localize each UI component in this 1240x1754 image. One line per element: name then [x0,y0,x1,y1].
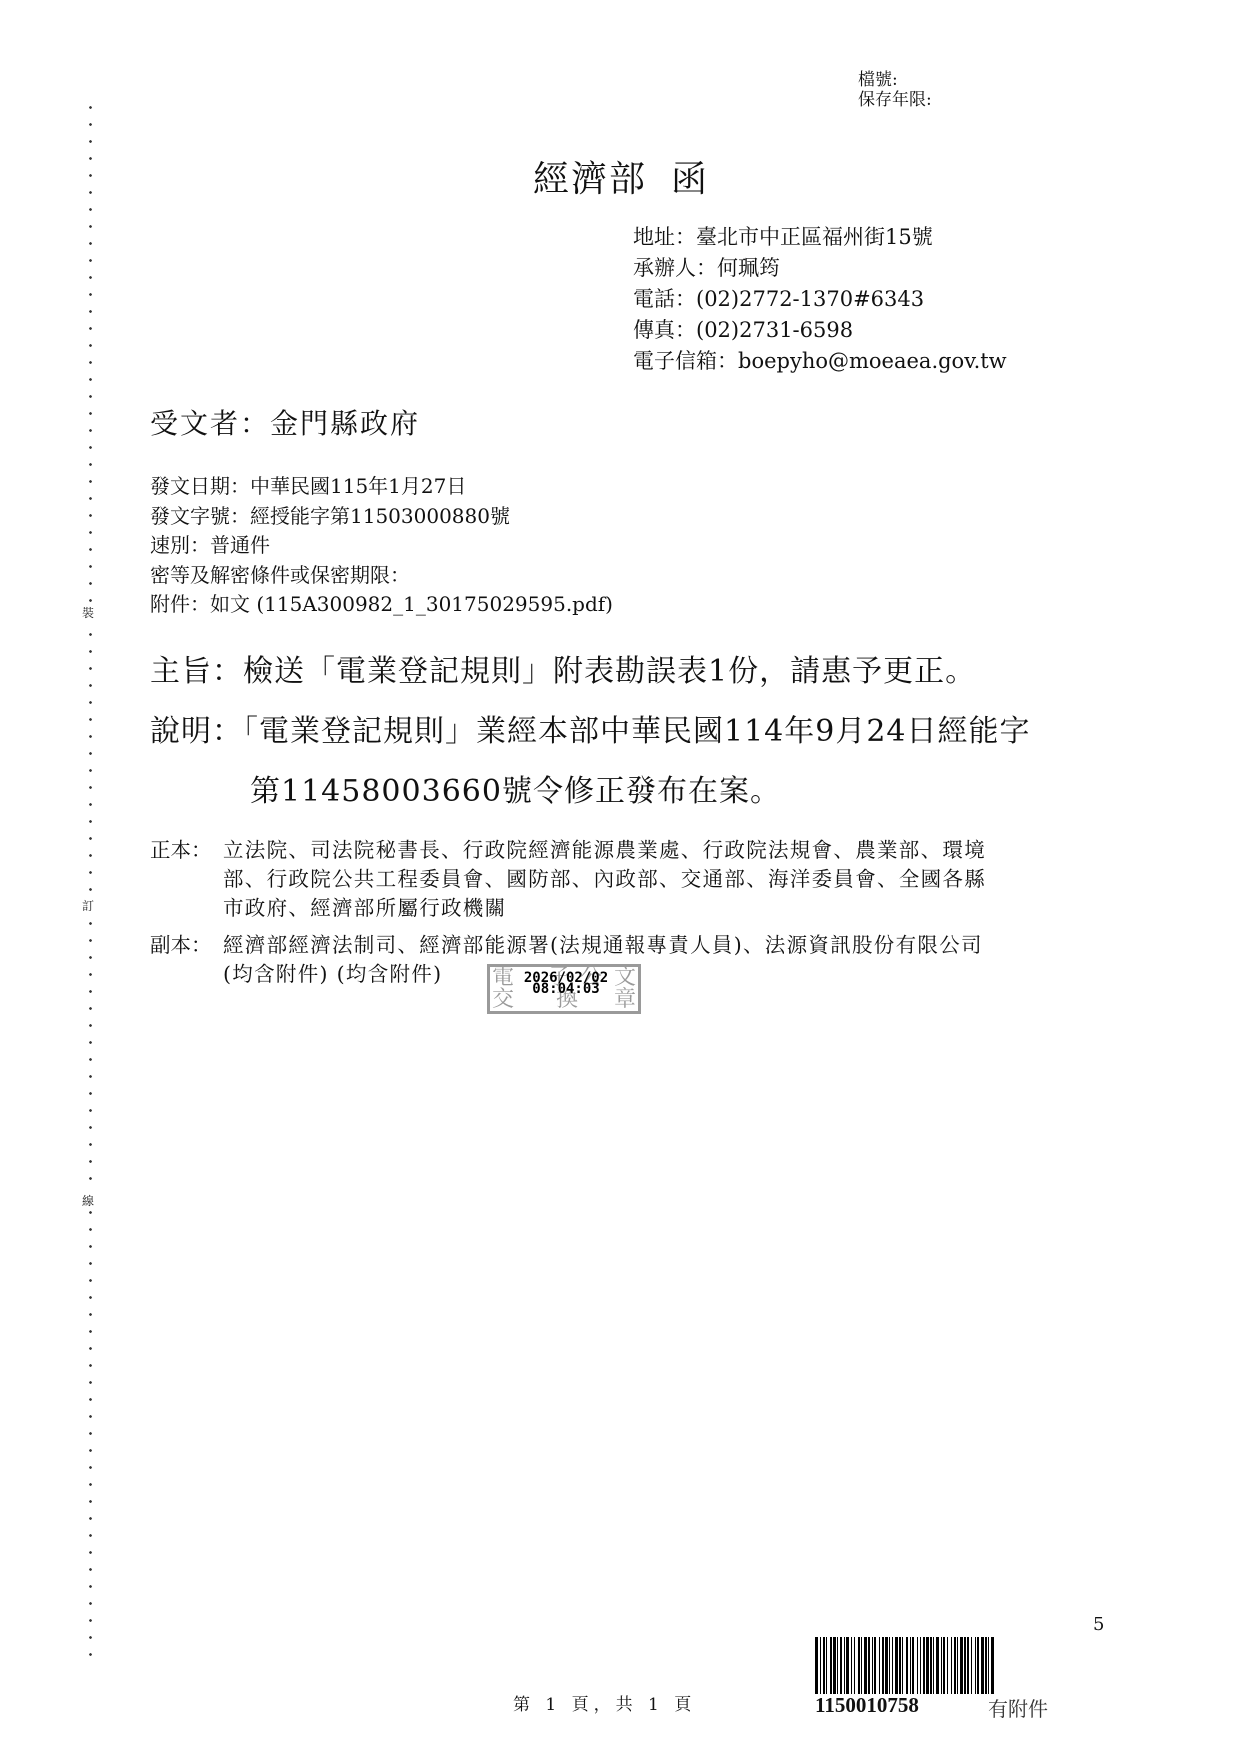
subject: 主旨：檢送「電業登記規則」附表勘誤表1份，請惠予更正。 [150,652,976,692]
issue-date: 發文日期：中華民國115年1月27日 [150,472,613,502]
document-type: 函 [671,159,709,200]
barcode-number: 1150010758 [815,1693,919,1718]
binding-label-ding: 訂 [82,899,94,913]
priority: 速別：普通件 [150,531,613,561]
email: 電子信箱：boepyho@moeaea.gov.tw [633,346,1007,377]
binding-label-xian: 線 [82,1194,94,1208]
stamp-char: 交 [492,989,514,1011]
address: 地址：臺北市中正區福州街15號 [633,222,1007,253]
page-number: 第 1 頁，共 1 頁 [513,1690,696,1715]
binding-line-dots [89,99,92,1669]
copy-line: 經濟部經濟法制司、經濟部能源署(法規通報專責人員)、法源資訊股份有限公司 [223,931,1223,960]
attachment: 附件：如文 (115A300982_1_30175029595.pdf) [150,590,613,620]
classification: 密等及解密條件或保密期限： [150,561,613,591]
stamp-time: 08:04:03 [516,983,616,996]
original-line: 市政府、經濟部所屬行政機關 [223,894,1223,923]
explanation-line-2: 第11458003660號令修正發布在案。 [250,772,781,812]
fax: 傳真：(02)2731-6598 [633,315,1007,346]
original-line: 部、行政院公共工程委員會、國防部、內政部、交通部、海洋委員會、全國各縣 [223,865,1223,894]
handler: 承辦人：何珮筠 [633,253,1007,284]
sheet-number: 5 [1093,1614,1104,1635]
copy-line: (均含附件) (均含附件) [223,960,1223,989]
document-number: 發文字號：經授能字第11503000880號 [150,502,613,532]
agency-name: 經濟部 [533,159,647,200]
stamp-char: 電 [492,967,514,989]
file-info: 檔號: 保存年限: [858,70,932,110]
agency-contact-block: 地址：臺北市中正區福州街15號 承辦人：何珮筠 電話：(02)2772-1370… [633,222,1007,377]
recipient: 受文者：金門縣政府 [150,404,420,444]
stamp-char: 文 [614,967,636,989]
retention-period-label: 保存年限: [858,90,932,110]
attachment-flag: 有附件 [988,1693,1048,1722]
stamp-char: 章 [614,989,636,1011]
binding-label-zhuang: 裝 [82,606,94,620]
phone: 電話：(02)2772-1370#6343 [633,284,1007,315]
explanation-line-1: 說明：「電業登記規則」業經本部中華民國114年9月24日經能字 [150,712,1031,752]
original-line: 立法院、司法院秘書長、行政院經濟能源農業處、行政院法規會、農業部、環境 [223,836,1223,865]
document-title: 經濟部函 [533,158,709,202]
file-number-label: 檔號: [858,70,932,90]
copy-label: 副本： [150,931,212,960]
electronic-exchange-stamp: 電 子 公 文 交 換 章 2026/02/02 08:04:03 [487,964,641,1014]
barcode [815,1637,1093,1694]
document-meta: 發文日期：中華民國115年1月27日 發文字號：經授能字第11503000880… [150,472,613,620]
original-label: 正本： [150,836,212,865]
